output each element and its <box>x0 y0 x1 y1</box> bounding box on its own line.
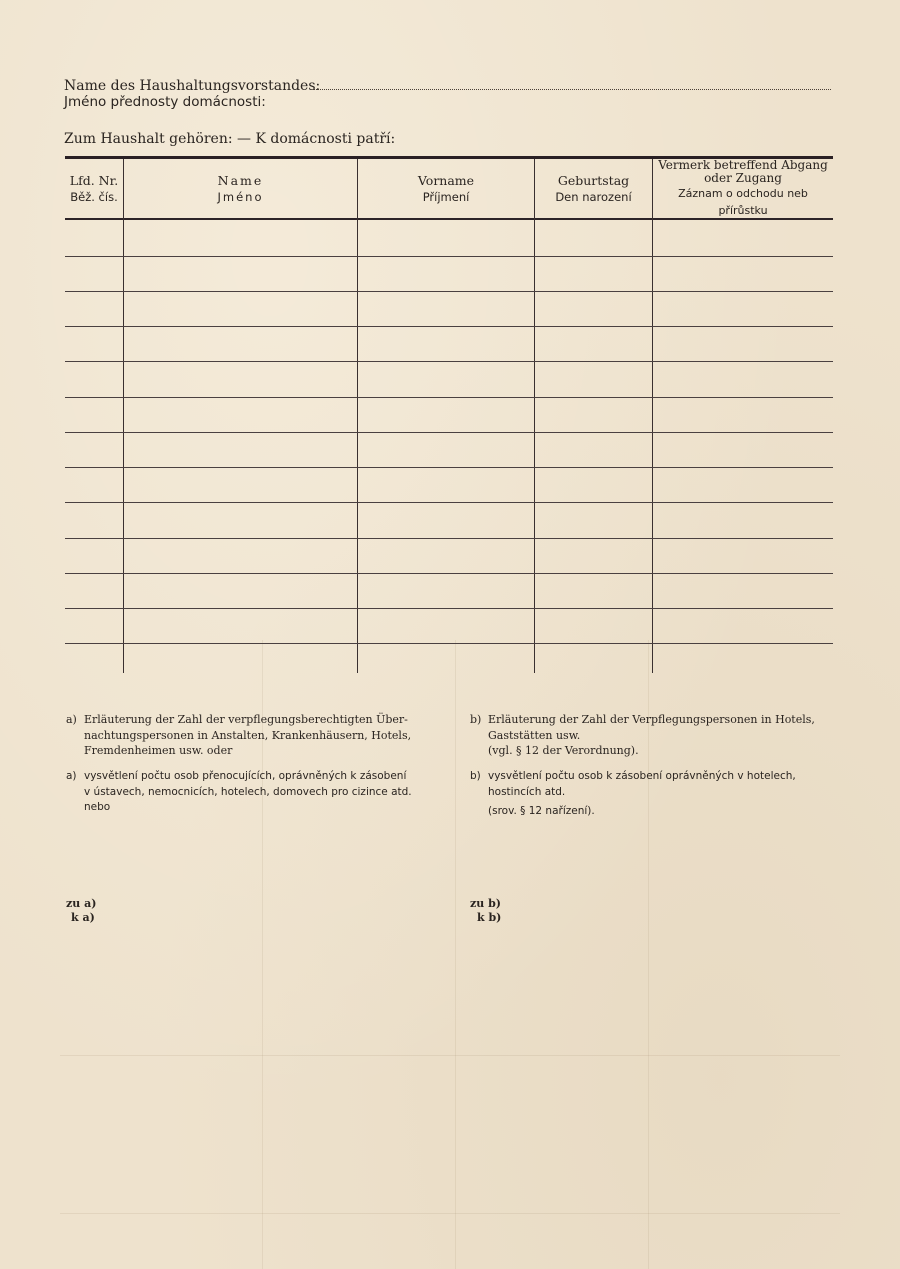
table-row-line <box>65 573 833 574</box>
table-row-line <box>65 538 833 539</box>
column-header-first-name: Vorname Příjmení <box>358 160 534 218</box>
column-header-number: Lfd. Nr. Běž. čís. <box>65 160 123 218</box>
answer-b-label-de: zu b) <box>470 897 501 911</box>
household-head-label-de: Name des Haushaltungsvorstandes: <box>64 78 320 94</box>
household-members-label: Zum Haushalt gehören: — K domácnosti pat… <box>64 131 395 147</box>
table-row-line <box>65 361 833 362</box>
table-row-line <box>65 291 833 292</box>
bleed-through-line <box>60 1055 840 1056</box>
column-header-name: Name Jméno <box>124 160 357 218</box>
note-b-czech: b)vysvětlení počtu osob k zásobení opráv… <box>470 769 840 820</box>
column-header-birthday: Geburtstag Den narození <box>535 160 652 218</box>
table-row-line <box>65 467 833 468</box>
note-a-czech: a)vysvětlení počtu osob přenocujících, o… <box>66 769 441 816</box>
answer-b-field[interactable] <box>515 897 835 925</box>
answer-a-field[interactable] <box>110 897 440 925</box>
answer-b-label-cz: k b) <box>477 911 501 925</box>
column-header-remark: Vermerk betreffend Abgang oder Zugang Zá… <box>653 160 833 218</box>
answer-a-label-de: zu a) <box>66 897 96 911</box>
column-divider <box>652 159 653 673</box>
table-row-line <box>65 643 833 644</box>
column-divider <box>357 159 358 673</box>
household-head-label-cz: Jméno přednosty domácnosti: <box>64 94 266 110</box>
table-row-line <box>65 608 833 609</box>
column-divider <box>123 159 124 673</box>
note-b-german: b)Erläuterung der Zahl der Verpflegungsp… <box>470 712 840 759</box>
table-row-line <box>65 397 833 398</box>
column-divider <box>534 159 535 673</box>
household-head-name-field[interactable] <box>313 89 831 90</box>
table-row-line <box>65 256 833 257</box>
table-row-line <box>65 432 833 433</box>
note-a-german: a)Erläuterung der Zahl der verpflegungsb… <box>66 712 436 759</box>
table-row-line <box>65 326 833 327</box>
answer-a-label-cz: k a) <box>71 911 95 925</box>
bleed-through-line <box>60 1213 840 1214</box>
table-row-line <box>65 502 833 503</box>
bleed-through-line <box>455 640 456 1269</box>
